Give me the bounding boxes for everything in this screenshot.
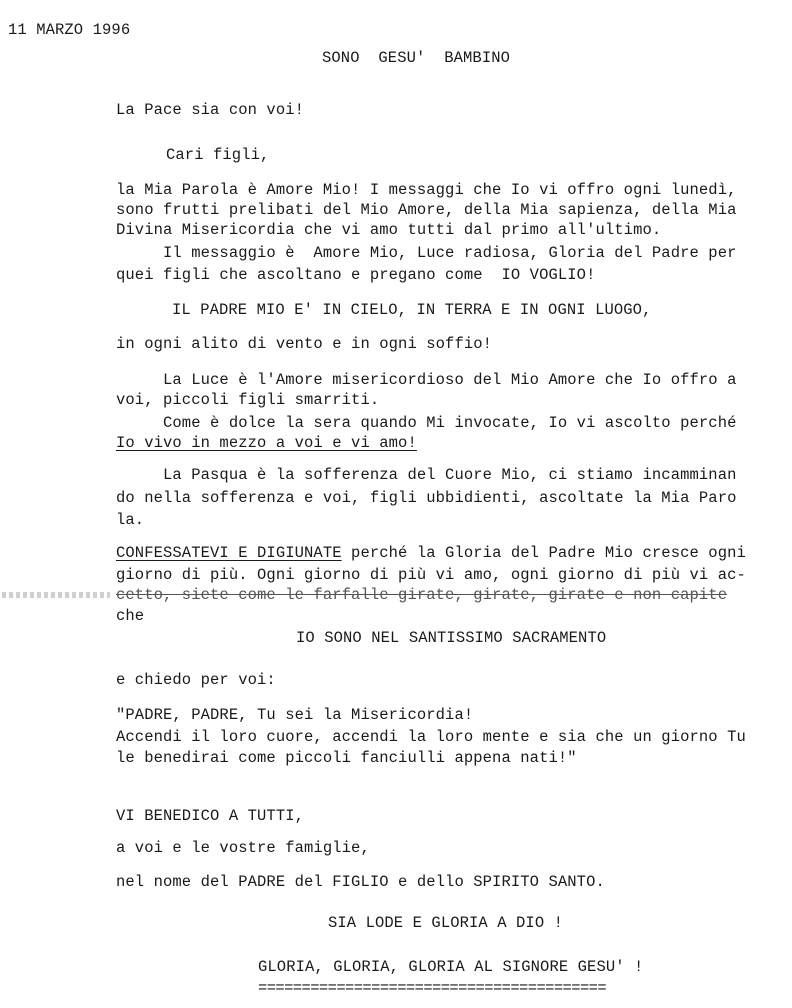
p3-line: voi, piccoli figli smarriti.: [116, 390, 379, 410]
p2-line: in ogni alito di vento e in ogni soffio!: [116, 334, 492, 354]
p1-line: la Mia Parola è Amore Mio! I messaggi ch…: [116, 180, 737, 200]
p1-line: Il messaggio è Amore Mio, Luce radiosa, …: [116, 243, 737, 263]
prayer-line: "PADRE, PADRE, Tu sei la Misericordia!: [116, 705, 473, 725]
p5-line2: giorno di più. Ogni giorno di più vi amo…: [116, 565, 746, 585]
blessing: VI BENEDICO A TUTTI,: [116, 806, 304, 826]
date: 11 MARZO 1996: [8, 20, 130, 40]
p4-line: do nella sofferenza e voi, figli ubbidie…: [116, 488, 737, 508]
closing-2: GLORIA, GLORIA, GLORIA AL SIGNORE GESU' …: [258, 957, 643, 977]
p5-underlined: CONFESSATEVI E DIGIUNATE: [116, 544, 342, 562]
blessing2: a voi e le vostre famiglie,: [116, 838, 370, 858]
title: SONO GESU' BAMBINO: [322, 48, 510, 68]
p6: e chiedo per voi:: [116, 670, 276, 690]
p3-line: La Luce è l'Amore misericordioso del Mio…: [116, 370, 737, 390]
double-rule: ========================================: [258, 978, 606, 998]
center-line-1: IL PADRE MIO E' IN CIELO, IN TERRA E IN …: [172, 300, 651, 320]
greeting: La Pace sia con voi!: [116, 100, 304, 120]
closing-1: SIA LODE E GLORIA A DIO !: [328, 913, 563, 933]
margin-smudge: [2, 592, 110, 598]
p1-line: sono frutti prelibati del Mio Amore, del…: [116, 200, 737, 220]
prayer-line: le benedirai come piccoli fanciulli appe…: [116, 748, 577, 768]
center-line-2: IO SONO NEL SANTISSIMO SACRAMENTO: [296, 628, 606, 648]
p1-line: Divina Misericordia che vi amo tutti dal…: [116, 220, 661, 240]
p3-underlined: Io vivo in mezzo a voi e vi amo!: [116, 433, 417, 453]
p1-line: quei figli che ascoltano e pregano come …: [116, 265, 595, 285]
p4-line: La Pasqua è la sofferenza del Cuore Mio,…: [116, 465, 737, 485]
p5-line4: che: [116, 606, 144, 626]
blessing3: nel nome del PADRE del FIGLIO e dello SP…: [116, 872, 605, 892]
p5-line1: CONFESSATEVI E DIGIUNATE perché la Glori…: [116, 543, 746, 563]
prayer-line: Accendi il loro cuore, accendi la loro m…: [116, 727, 746, 747]
p5-rest: perché la Gloria del Padre Mio cresce og…: [342, 544, 746, 562]
p4-line: la.: [116, 510, 144, 530]
salutation: Cari figli,: [166, 145, 269, 165]
p3-line: Come è dolce la sera quando Mi invocate,…: [116, 413, 737, 433]
p5-struck-line: cetto, siete come le farfalle girate, gi…: [116, 585, 727, 605]
